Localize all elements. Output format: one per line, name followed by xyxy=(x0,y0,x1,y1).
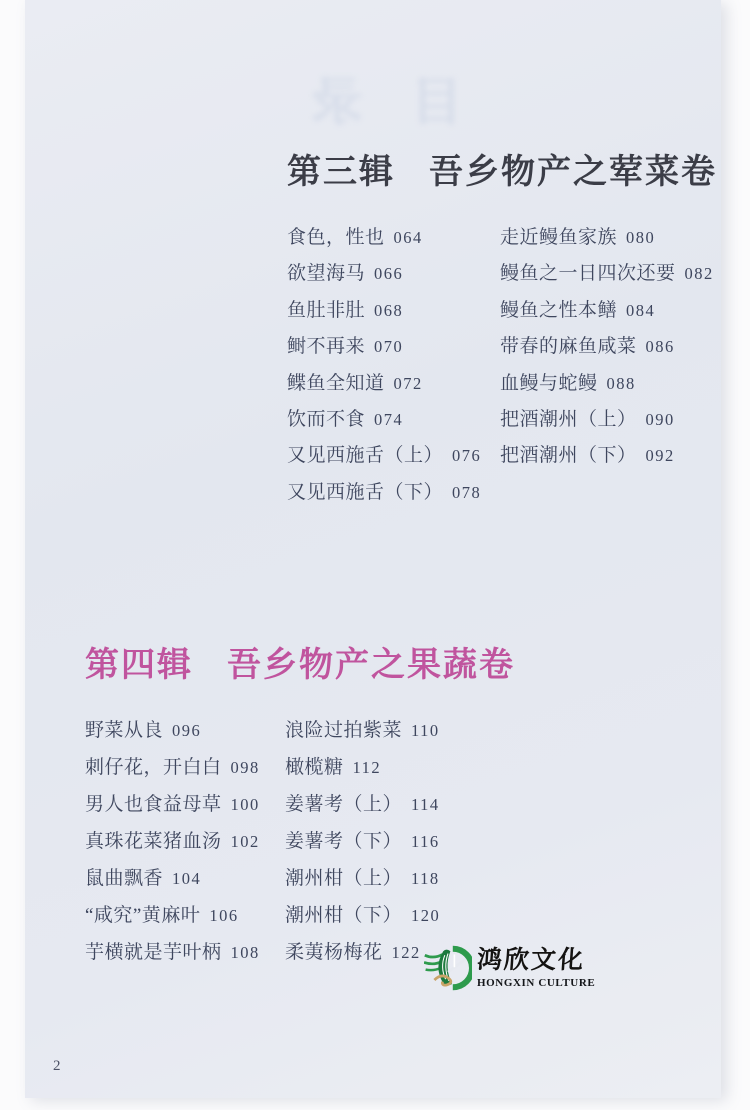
toc-entry-page: 082 xyxy=(685,264,714,283)
toc-page: 目录 第三辑吾乡物产之荤菜卷 食色，性也064 欲望海马066 鱼肚非肚068 … xyxy=(25,0,721,1098)
toc-entry-title: 姜薯考（下） xyxy=(285,831,402,852)
toc-entry-page: 104 xyxy=(172,869,201,888)
toc-entry-page: 112 xyxy=(353,758,382,777)
toc-entry-title: 血鳗与蛇鳗 xyxy=(500,373,598,394)
toc-entry-title: 又见西施舌（上） xyxy=(287,445,443,466)
section4-title: 第四辑吾乡物产之果蔬卷 xyxy=(85,637,515,686)
toc-entry-page: 076 xyxy=(452,446,481,465)
toc-entry-title: 饮而不食 xyxy=(287,409,365,430)
toc-entry: 鳗鱼之性本鳝084 xyxy=(500,293,714,329)
toc-entry-title: 芋横就是芋叶柄 xyxy=(85,942,222,963)
toc-entry: 姜薯考（上）114 xyxy=(285,786,440,823)
toc-entry: 鳗鱼之一日四次还要082 xyxy=(500,256,714,292)
publisher-logo: 鸿欣文化 HONGXIN CULTURE xyxy=(424,942,595,994)
hongxin-bird-logo-icon xyxy=(424,942,472,994)
toc-entry: 鼠曲飘香104 xyxy=(85,860,260,897)
toc-entry: 鲥不再来070 xyxy=(287,329,481,365)
toc-entry-page: 072 xyxy=(394,374,423,393)
section3-toc-left-column: 食色，性也064 欲望海马066 鱼肚非肚068 鲥不再来070 鲽鱼全知道07… xyxy=(287,220,481,511)
toc-entry-page: 118 xyxy=(411,869,440,888)
toc-entry: 潮州柑（下）120 xyxy=(285,897,440,934)
toc-entry-title: “咸究”黄麻叶 xyxy=(85,905,200,926)
toc-entry: 把酒潮州（下）092 xyxy=(500,438,714,474)
toc-entry: 又见西施舌（下）078 xyxy=(287,475,481,511)
toc-entry-title: 刺仔花，开白白 xyxy=(85,757,222,778)
toc-entry-page: 088 xyxy=(607,374,636,393)
toc-entry-page: 098 xyxy=(231,758,260,777)
toc-entry: “咸究”黄麻叶106 xyxy=(85,897,260,934)
toc-entry-title: 鳗鱼之一日四次还要 xyxy=(500,263,676,284)
toc-entry-page: 084 xyxy=(626,301,655,320)
toc-entry-title: 橄榄糖 xyxy=(285,757,344,778)
toc-entry-page: 102 xyxy=(231,832,260,851)
section3-toc-right-column: 走近鳗鱼家族080 鳗鱼之一日四次还要082 鳗鱼之性本鳝084 带春的麻鱼咸菜… xyxy=(500,220,714,475)
toc-entry-title: 鲥不再来 xyxy=(287,336,365,357)
toc-entry-page: 106 xyxy=(209,906,238,925)
toc-entry: 潮州柑（上）118 xyxy=(285,860,440,897)
toc-entry-title: 真珠花菜猪血汤 xyxy=(85,831,222,852)
toc-entry-page: 116 xyxy=(411,832,440,851)
toc-entry-page: 090 xyxy=(646,410,675,429)
publisher-logo-text: 鸿欣文化 HONGXIN CULTURE xyxy=(477,942,595,989)
toc-entry-page: 068 xyxy=(374,301,403,320)
toc-entry-page: 110 xyxy=(411,721,440,740)
toc-entry-page: 066 xyxy=(374,264,403,283)
section4-toc-left-column: 野菜从良096 刺仔花，开白白098 男人也食益母草100 真珠花菜猪血汤102… xyxy=(85,712,260,971)
toc-entry-page: 122 xyxy=(392,943,421,962)
page-number: 2 xyxy=(53,1058,61,1075)
toc-entry: 欲望海马066 xyxy=(287,256,481,292)
toc-entry-title: 食色，性也 xyxy=(287,227,385,248)
book-photo: 目录 第三辑吾乡物产之荤菜卷 食色，性也064 欲望海马066 鱼肚非肚068 … xyxy=(0,0,750,1110)
toc-entry-title: 走近鳗鱼家族 xyxy=(500,227,617,248)
toc-entry-page: 100 xyxy=(231,795,260,814)
toc-entry-title: 又见西施舌（下） xyxy=(287,482,443,503)
toc-entry: 橄榄糖112 xyxy=(285,749,440,786)
publisher-name-en: HONGXIN CULTURE xyxy=(477,977,595,989)
toc-entry: 刺仔花，开白白098 xyxy=(85,749,260,786)
toc-entry-title: 姜薯考（上） xyxy=(285,794,402,815)
toc-entry-page: 070 xyxy=(374,337,403,356)
toc-entry-title: 鲽鱼全知道 xyxy=(287,373,385,394)
section3-title: 第三辑吾乡物产之荤菜卷 xyxy=(287,144,717,193)
toc-entry-page: 092 xyxy=(646,446,675,465)
toc-entry: 鱼肚非肚068 xyxy=(287,293,481,329)
toc-entry: 姜薯考（下）116 xyxy=(285,823,440,860)
toc-entry: 鲽鱼全知道072 xyxy=(287,366,481,402)
toc-entry: 真珠花菜猪血汤102 xyxy=(85,823,260,860)
toc-entry: 野菜从良096 xyxy=(85,712,260,749)
toc-entry: 芋横就是芋叶柄108 xyxy=(85,934,260,971)
toc-entry-title: 浪险过拍紫菜 xyxy=(285,720,402,741)
toc-entry-title: 野菜从良 xyxy=(85,720,163,741)
toc-entry-title: 带春的麻鱼咸菜 xyxy=(500,336,637,357)
toc-entry-title: 欲望海马 xyxy=(287,263,365,284)
toc-entry: 血鳗与蛇鳗088 xyxy=(500,366,714,402)
toc-entry-page: 074 xyxy=(374,410,403,429)
section4-name: 吾乡物产之果蔬卷 xyxy=(227,646,515,684)
toc-entry-title: 鼠曲飘香 xyxy=(85,868,163,889)
toc-entry-page: 120 xyxy=(411,906,440,925)
toc-entry: 带春的麻鱼咸菜086 xyxy=(500,329,714,365)
toc-entry-title: 潮州柑（下） xyxy=(285,905,402,926)
toc-entry-title: 把酒潮州（下） xyxy=(500,445,637,466)
toc-entry: 浪险过拍紫菜110 xyxy=(285,712,440,749)
toc-entry-title: 鳗鱼之性本鳝 xyxy=(500,300,617,321)
toc-entry-page: 086 xyxy=(646,337,675,356)
toc-entry-page: 064 xyxy=(394,228,423,247)
toc-entry-title: 鱼肚非肚 xyxy=(287,300,365,321)
toc-entry-page: 096 xyxy=(172,721,201,740)
section4-toc-right-column: 浪险过拍紫菜110 橄榄糖112 姜薯考（上）114 姜薯考（下）116 潮州柑… xyxy=(285,712,440,971)
toc-entry: 柔荑杨梅花122 xyxy=(285,934,440,971)
toc-entry: 男人也食益母草100 xyxy=(85,786,260,823)
toc-entry-title: 潮州柑（上） xyxy=(285,868,402,889)
publisher-name-cn: 鸿欣文化 xyxy=(476,948,596,974)
section3-label: 第三辑 xyxy=(287,153,395,191)
toc-entry: 食色，性也064 xyxy=(287,220,481,256)
showthrough-watermark: 目录 xyxy=(263,60,463,135)
toc-entry-title: 把酒潮州（上） xyxy=(500,409,637,430)
toc-entry-title: 柔荑杨梅花 xyxy=(285,942,383,963)
toc-entry: 又见西施舌（上）076 xyxy=(287,438,481,474)
toc-entry: 把酒潮州（上）090 xyxy=(500,402,714,438)
toc-entry: 走近鳗鱼家族080 xyxy=(500,220,714,256)
toc-entry: 饮而不食074 xyxy=(287,402,481,438)
toc-entry-page: 078 xyxy=(452,483,481,502)
toc-entry-page: 108 xyxy=(231,943,260,962)
section4-label: 第四辑 xyxy=(85,646,193,684)
toc-entry-page: 080 xyxy=(626,228,655,247)
section3-name: 吾乡物产之荤菜卷 xyxy=(429,153,717,191)
toc-entry-page: 114 xyxy=(411,795,440,814)
toc-entry-title: 男人也食益母草 xyxy=(85,794,222,815)
